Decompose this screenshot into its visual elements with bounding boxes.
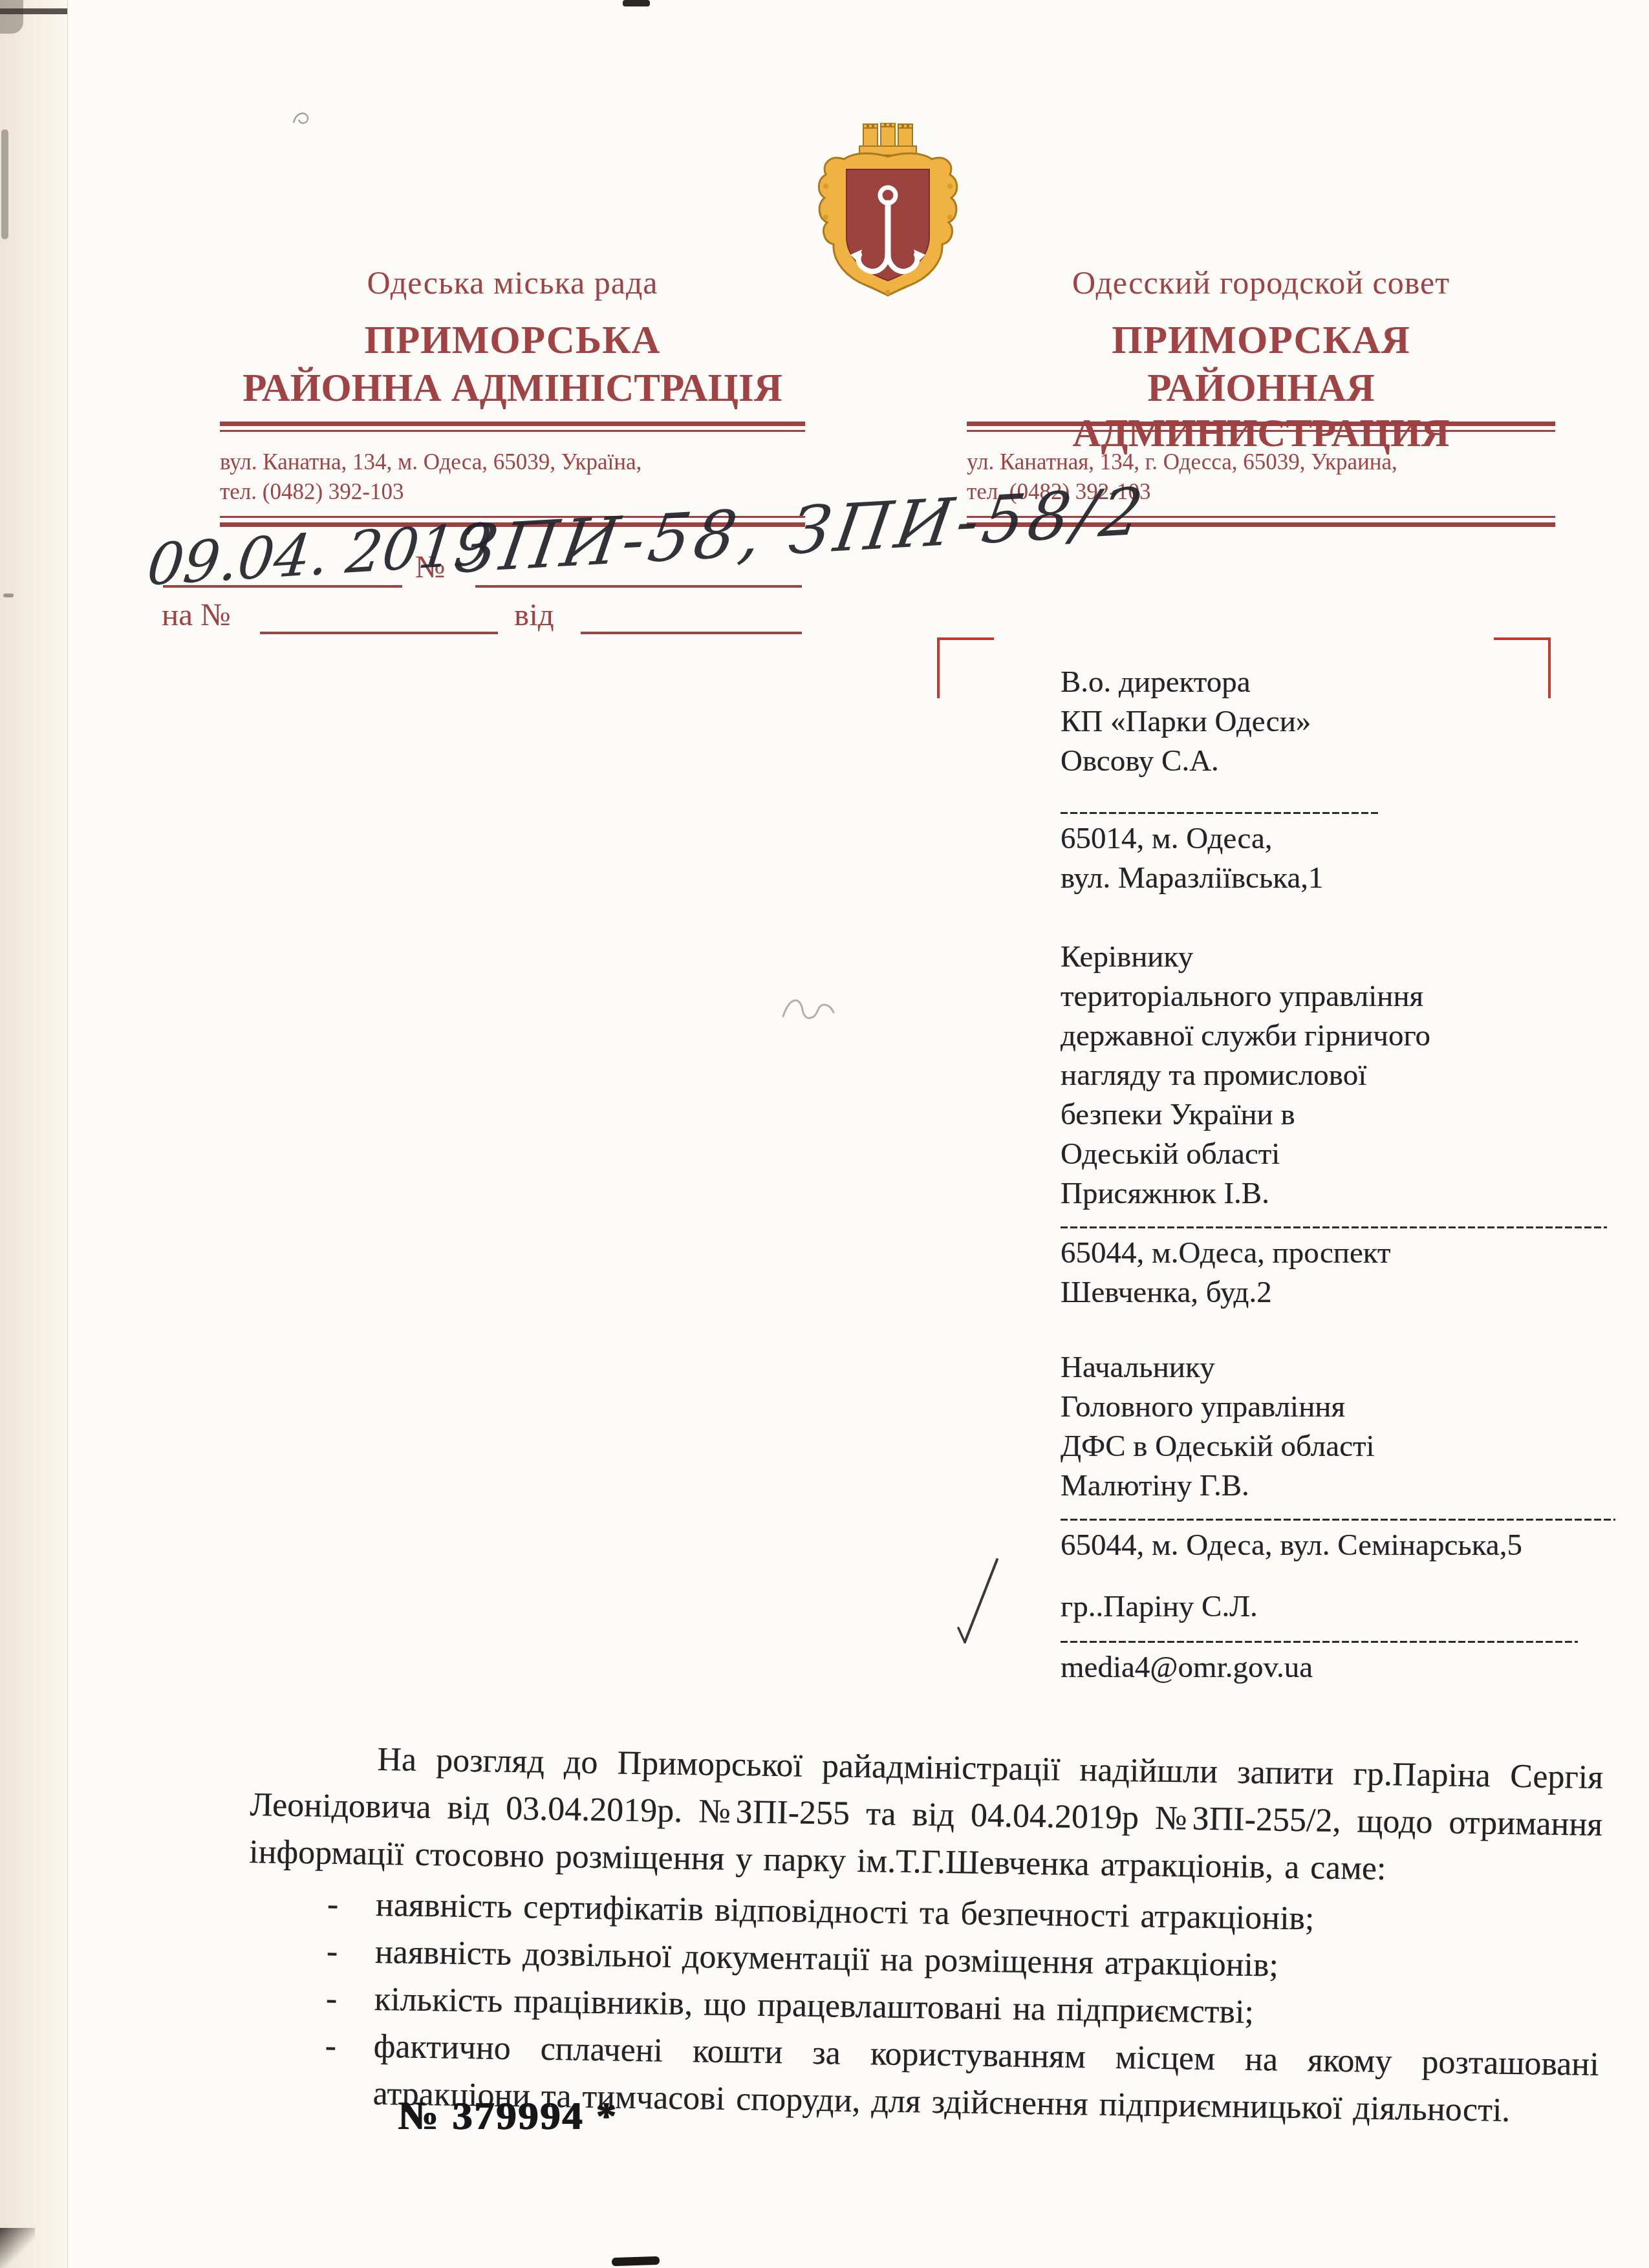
scanned-letter-page: Одеська міська рада ПРИМОРСЬКА РАЙОННА А… [0,0,1649,2268]
scan-artifact-bottom-dash [612,2256,660,2267]
address-bracket-left-vertical [937,637,940,698]
scan-artifact-left-streak [1,129,8,239]
recipient-separator-line [1061,1519,1615,1521]
recipient-line: безпеки України в [1061,1095,1623,1135]
odessa-emblem-icon [810,123,965,299]
recipient-separator-line [1061,812,1379,814]
recipient-line: Присяжнюк І.В. [1061,1174,1623,1214]
recipient-line: нагляду та промислової [1061,1056,1623,1095]
handwritten-date: 09.04. 2019 [144,510,495,598]
scan-artifact-left-dash [3,594,14,597]
address-ru-line1: ул. Канатная, 134, г. Одесса, 65039, Укр… [967,447,1649,477]
recipient-address-line: 65044, м. Одеса, вул. Семінарська,5 [1061,1526,1623,1565]
pencil-squiggle-mark [779,989,844,1025]
council-name-ru: Одесский городской совет [967,264,1555,301]
left-upper-rule-thin [220,430,805,432]
scanner-edge-strip [0,0,68,2268]
number-fill-line [475,585,802,588]
scan-artifact-top-left-blob [0,0,23,34]
address-bracket-right-horizontal [1494,637,1551,640]
recipient-address-line: 65044, м.Одеса, проспект [1061,1234,1623,1273]
bullet-text: наявність сертифікатів відповідності та … [376,1887,1315,1938]
bullet-dash: - [325,1975,337,2022]
vid-label: від [514,596,554,633]
recipient-line: КП «Парки Одеси» [1061,702,1623,742]
scan-artifact-top-dash [623,0,650,6]
bullet-dash: - [325,2022,336,2070]
recipient-separator-line [1061,1226,1607,1228]
small-curl-mark [290,109,312,128]
na-no-label: на № [162,596,231,633]
recipient-email: media4@omr.gov.ua [1061,1648,1623,1687]
body-paragraph: На розгляд до Приморської райадміністрац… [249,1734,1604,1896]
recipient-address-line: Шевченка, буд.2 [1061,1273,1623,1312]
recipient-block-parks: В.о. директора КП «Парки Одеси» Овсову С… [1061,663,1623,898]
administration-title-ru-line2: РАЙОННАЯ АДМИНИСТРАЦИЯ [967,366,1555,456]
recipient-address-line: вул. Маразліївська,1 [1061,859,1623,898]
recipient-line: Овсову С.А. [1061,742,1623,781]
recipient-line: Керівнику [1061,937,1623,977]
council-name-uk: Одеська міська рада [220,264,805,301]
address-bracket-left-horizontal [937,637,994,640]
vid-fill-line [581,632,802,634]
na-no-fill-line [260,632,498,634]
left-upper-rule-thick [220,422,805,426]
recipient-block-dfs: Начальнику Головного управління ДФС в Од… [1061,1348,1623,1565]
recipient-line: ДФС в Одеській області [1061,1427,1623,1466]
recipient-line: Одеській області [1061,1135,1623,1174]
letter-body: На розгляд до Приморської райадміністрац… [245,1734,1604,2135]
recipient-address-line: 65014, м. Одеса, [1061,819,1623,859]
recipient-block-parin: гр..Паріну С.Л. media4@omr.gov.ua [1061,1587,1623,1687]
bullet-dash: - [326,1928,338,1975]
administration-title-uk-line2: РАЙОННА АДМІНІСТРАЦІЯ [220,366,805,411]
administration-title-ru-line1: ПРИМОРСКАЯ [967,318,1555,363]
bullet-text: кількість працівників, що працевлаштован… [374,1981,1255,2031]
recipient-line: територіального управління [1061,977,1623,1016]
bullet-text: наявність дозвільної документації на роз… [375,1934,1279,1984]
bullet-dash: - [327,1881,339,1928]
right-upper-rule-thick [967,422,1555,426]
recipient-line: В.о. директора [1061,663,1623,702]
recipient-block-mining-service: Керівнику територіального управління дер… [1061,937,1623,1312]
handwritten-checkmark [956,1550,1033,1647]
recipient-line: Малютіну Г.В. [1061,1466,1623,1506]
registration-stamp-number: № 379994 * [398,2093,618,2139]
right-upper-rule-thin [967,430,1555,432]
recipient-separator-line [1061,1641,1578,1643]
recipient-line: Головного управління [1061,1387,1623,1427]
recipient-line: державної служби гірничого [1061,1016,1623,1056]
recipient-line: Начальнику [1061,1348,1623,1387]
recipient-line: гр..Паріну С.Л. [1061,1587,1623,1627]
scan-artifact-bottom-left-wedge [0,2228,35,2268]
administration-title-uk-line1: ПРИМОРСЬКА [220,318,805,363]
